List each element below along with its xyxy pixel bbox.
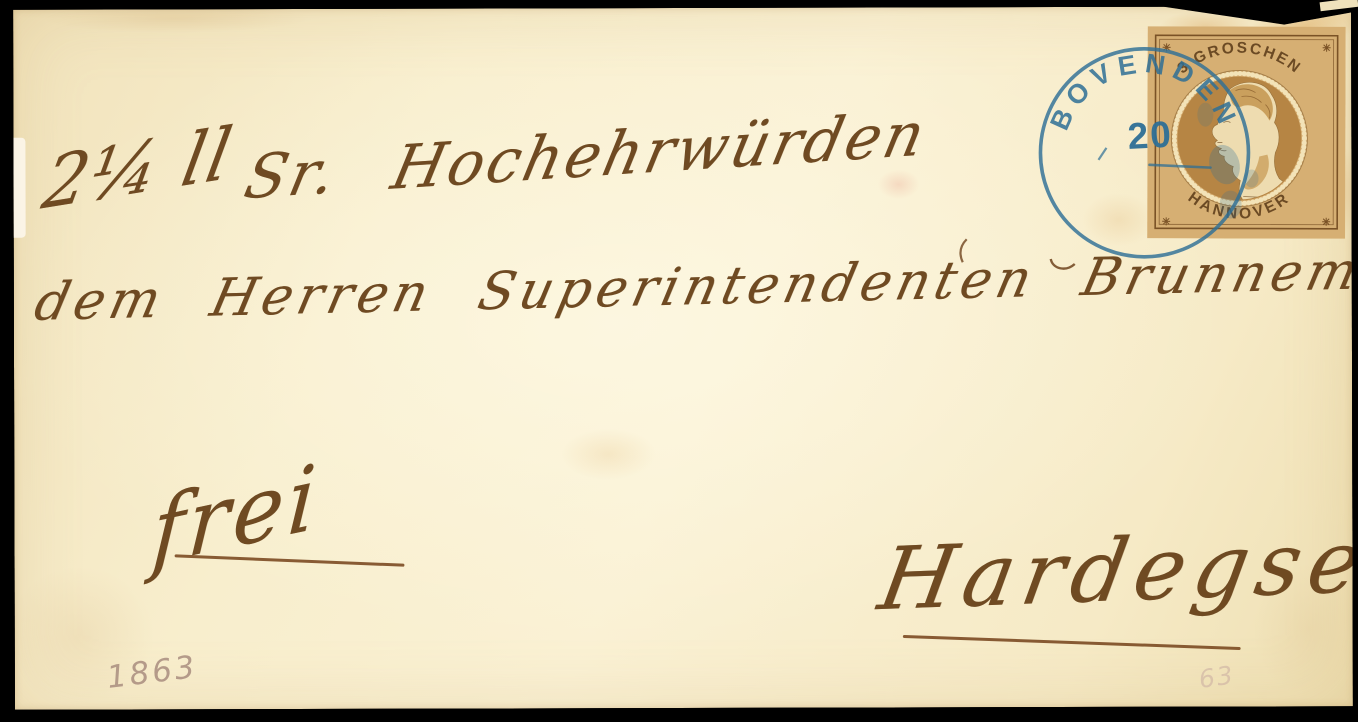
scan-artifact-strip [7, 138, 25, 238]
stamp-corner-ornament [1323, 44, 1331, 52]
photo-backdrop: 2¼ ll Sr. Hochehrwürden dem Herren Super… [0, 0, 1358, 722]
envelope: 2¼ ll Sr. Hochehrwürden dem Herren Super… [13, 6, 1353, 710]
rate-annotation: 2¼ ll [38, 117, 239, 220]
ink-flourish [1051, 259, 1075, 269]
stamp-corner-ornament [1322, 218, 1330, 226]
toning-spot [560, 428, 656, 480]
pencil-corner-note: 63 [1197, 662, 1236, 692]
postmark-tick [1098, 148, 1106, 160]
destination-name: Hardegsen [873, 516, 1358, 623]
postmark: BOVENDEN 20 [953, 28, 1274, 287]
salutation-line: Sr. Hochehrwürden [239, 104, 932, 208]
neighbor-paper-sliver [1320, 0, 1358, 11]
destination-underline [903, 635, 1241, 650]
toning-spot [878, 169, 920, 199]
toning-spot [41, 3, 311, 34]
postmark-date-line [1149, 165, 1210, 168]
pencil-year-note: 1863 [105, 652, 199, 694]
postmark-day: 20 [1127, 114, 1174, 157]
ink-flourish [960, 239, 966, 262]
